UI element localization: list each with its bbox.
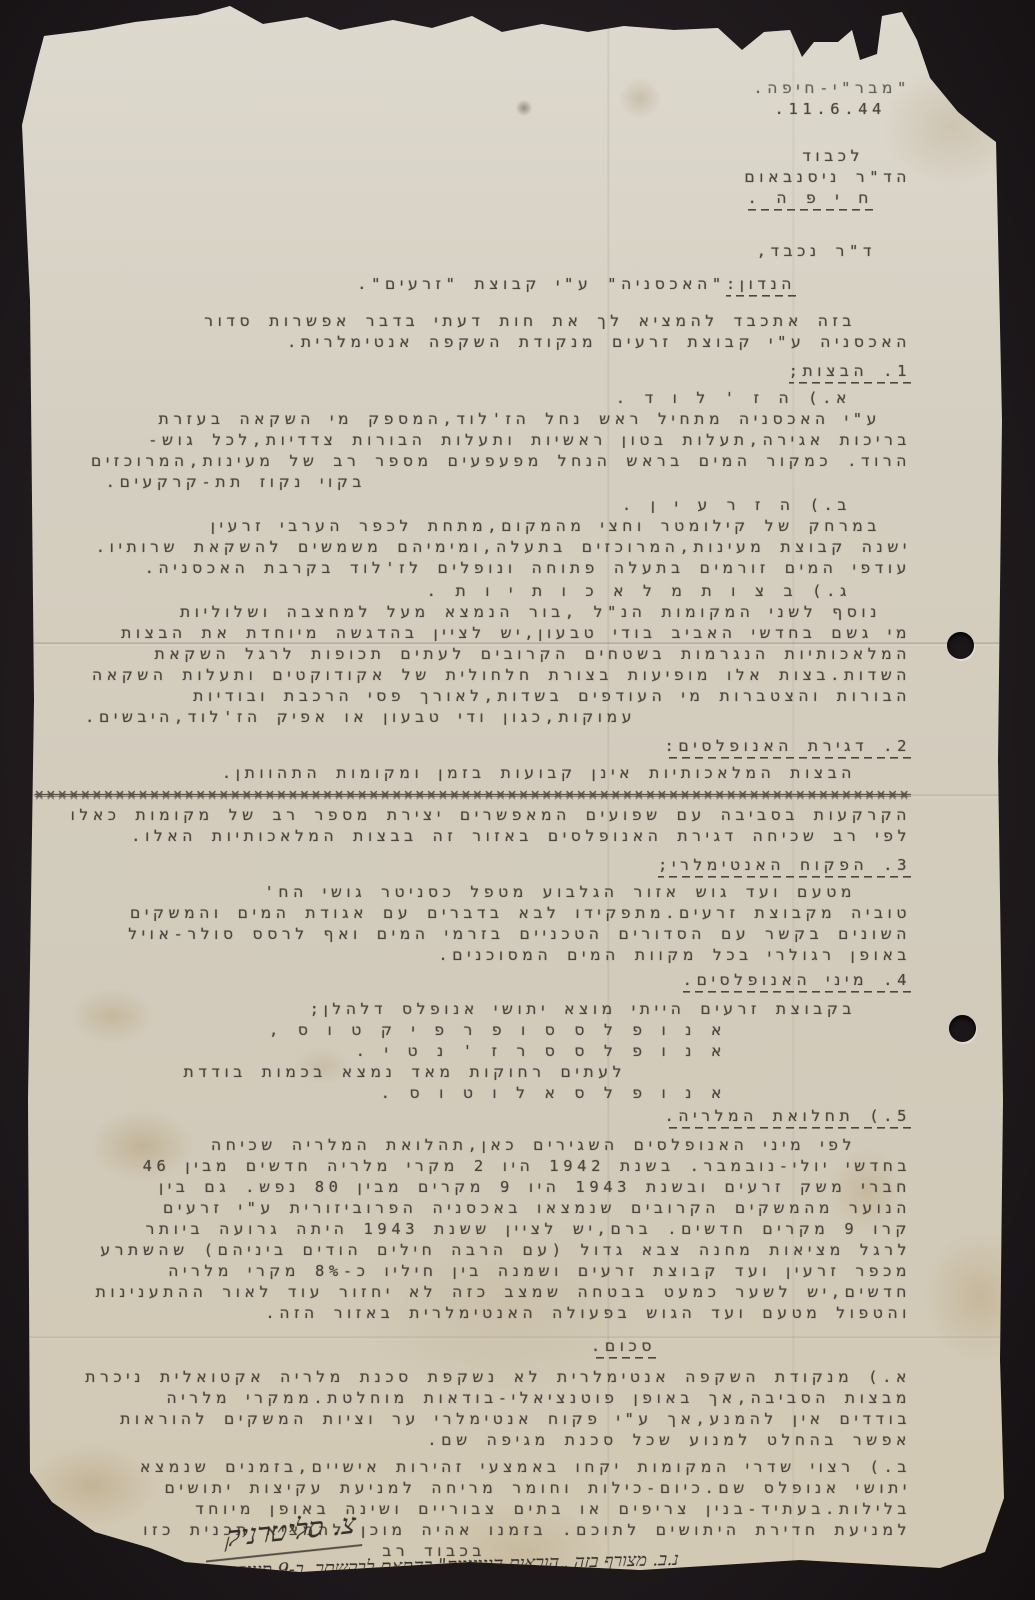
typed-line: ב.) ה ז ר ע י ן . [44, 495, 911, 516]
line-text: בריכות אגירה,תעלות בטון ראשיות ותעלות הב… [148, 430, 911, 451]
recipient-honorific: לכבוד [44, 146, 911, 167]
typed-line: בלילות.בעתיד-בנין צריפים או בתים צבוריים… [44, 1499, 911, 1520]
typed-line: השדות.בצות אלו מופיעות בצורת חלחולית של … [44, 665, 911, 686]
typed-line: א נ ו פ ל ס ס ו פ ר פ י ק ט ו ס , [44, 1020, 911, 1041]
recipient-city: ח י פ ה . [44, 188, 911, 211]
line-text: במרחק של קילומטר וחצי מהמקום,מתחת לכפר ה… [211, 516, 881, 537]
typed-line: הבצות המלאכותיות אינן קבועות בזמן ומקומו… [44, 763, 911, 784]
typed-line: מכפר זרעין ועד קבוצת זרעים ושמנה בין חיל… [44, 1261, 911, 1282]
typed-line: הקרקעות בסביבה עם שפועים המאפשרים יצירת … [44, 805, 911, 826]
typed-line: מבצות הסביבה,אך באופן פוטנציאלי-בודאות מ… [44, 1388, 911, 1409]
line-text: לעתים רחוקות מאד נמצא בכמות בודדת [184, 1062, 626, 1083]
line-text: הבצות המלאכותיות אינן קבועות בזמן ומקומו… [222, 763, 856, 784]
line-text: א נ ו פ ל ס ס ו פ ר פ י ק ט ו ס , [269, 1020, 726, 1041]
line-text: אפשר בהחלט למנוע שכל סכנת מגיפה שם. [427, 1430, 911, 1451]
line-text: חדשים,יש לשער כמעט בבטחה שמצב כזה לא יחז… [96, 1282, 911, 1303]
typed-line: קרו 9 מקרים חדשים. ברם,יש לציין ששנת 194… [44, 1219, 911, 1240]
salutation: ד"ר נכבד, [44, 241, 911, 262]
typed-line: טוביה מקבוצת זרעים.מתפקידו לבא בדברים עם… [44, 903, 911, 924]
line-text: לפי רב שכיחה דגירת האנופלסים באזור זה בב… [131, 826, 911, 847]
typed-line: א.) מנקודת השקפה אנטימלרית לא נשקפת סכנת… [44, 1367, 911, 1388]
typed-line: בודדים אין להמנע,אך ע"י פקוח אנטימלרי ער… [44, 1409, 911, 1430]
typed-line: והטפול מטעם ועד הגוש בפעולה האנטימלרית ב… [44, 1303, 911, 1324]
typed-line: נוסף לשני המקומות הנ"ל ,בור הנמצא מעל למ… [44, 602, 911, 623]
section-heading-text: סכום. [591, 1336, 656, 1359]
typed-line: עמוקות,כגון ודי טבעון או אפיק הז'לוד,היב… [44, 707, 911, 728]
line-text: לפי מיני האנופלסים השגירים כאן,תהלואת המ… [211, 1135, 856, 1156]
typed-line: בקבוצת זרעים הייתי מוצא יתושי אנופלס דלה… [44, 999, 911, 1020]
letter-paper: "מבר"י-חיפה. 11.6.44. לכבוד הד"ר ניסנבאו… [22, 6, 1015, 1592]
letterhead-date: 11.6.44. [44, 99, 911, 120]
struck-out-line: ××××××××××××××××××××××××××××××××××××××××… [44, 784, 911, 805]
line-text: הקרקעות בסביבה עם שפועים המאפשרים יצירת … [71, 805, 911, 826]
recipient-city-text: ח י פ ה . [748, 188, 873, 211]
line-text: עמוקות,כגון ודי טבעון או אפיק הז'לוד,היב… [85, 707, 636, 728]
section-heading: 4. מיני האנופלסים. [44, 970, 911, 993]
recipient-name: הד"ר ניסנבאום [44, 167, 911, 188]
typed-letter-content: "מבר"י-חיפה. 11.6.44. לכבוד הד"ר ניסנבאו… [22, 6, 1015, 1592]
line-text: ג.) ב צ ו ת מ ל א כ ו ת י ו ת . [427, 581, 851, 602]
typed-line: בריכות אגירה,תעלות בטון ראשיות ותעלות הב… [44, 430, 911, 451]
typed-line: א נ ו פ ל ס ס ר ז ' נ ט י . [44, 1041, 911, 1062]
torn-paper-flap [964, 50, 1016, 130]
typed-line: לפי מיני האנופלסים השגירים כאן,תהלואת המ… [44, 1135, 911, 1156]
line-text: האכסניה ע"י קבוצת זרעים מנקודת השקפה אנט… [287, 332, 911, 353]
line-text: הרוד. כמקור המים בראש הנחל מפעפעים מספר … [91, 451, 911, 472]
line-text: מטעם ועד גוש אזור הגלבוע מטפל כסניטר גוש… [264, 882, 856, 903]
section-heading: 5.) תחלואת המלריה. [44, 1106, 911, 1129]
line-text: המלאכותיות הנגרמות בשטחים הקרובים לעתים … [155, 644, 911, 665]
section-heading: סכום. [44, 1336, 911, 1359]
punch-hole-top [947, 632, 974, 659]
line-text: ישנה קבוצת מעינות,המרוכזים בתעלה,ומימיהם… [96, 537, 911, 558]
typed-line: בקוי נקוז תת-קרקעים. [44, 472, 911, 493]
line-text: קרו 9 מקרים חדשים. ברם,יש לציין ששנת 194… [146, 1219, 911, 1240]
subject-label: הנדון: [726, 274, 796, 297]
line-text: ע"י האכסניה מתחיל ראש נחל הז'לוד,המספק מ… [159, 409, 881, 430]
line-text: עודפי המים זורמים בתעלה פתוחה ונופלים לז… [145, 558, 911, 579]
typed-line: א נ ו פ ל ס א ל ו ט ו ס . [44, 1083, 911, 1104]
subject-text: "האכסניה" ע"י קבוצת "זרעים". [357, 274, 726, 295]
section-heading-text: 5.) תחלואת המלריה. [665, 1106, 912, 1129]
line-text: בקבוצת זרעים הייתי מוצא יתושי אנופלס דלה… [310, 999, 856, 1020]
subject-line: הנדון: "האכסניה" ע"י קבוצת "זרעים". [44, 274, 911, 297]
typed-line: הנוער מהמשקים הקרובים שנמצאו באכסניה הפר… [44, 1198, 911, 1219]
line-text: נוסף לשני המקומות הנ"ל ,בור הנמצא מעל למ… [180, 602, 881, 623]
line-text: השדות.בצות אלו מופיעות בצורת חלחולית של … [92, 665, 911, 686]
typed-line: מטעם ועד גוש אזור הגלבוע מטפל כסניטר גוש… [44, 882, 911, 903]
typed-line: במרחק של קילומטר וחצי מהמקום,מתחת לכפר ה… [44, 516, 911, 537]
typed-line: ב.) רצוי שדרי המקומות יקחו באמצעי זהירות… [44, 1457, 911, 1478]
line-text: בחדשי יולי-נובמבר. בשנת 1942 היו 2 מקרי … [143, 1156, 911, 1177]
typed-line: ישנה קבוצת מעינות,המרוכזים בתעלה,ומימיהם… [44, 537, 911, 558]
line-text: ××××××××××××××××××××××××××××××××××××××××… [35, 784, 911, 805]
section-heading: 3. הפקוח האנטימלרי; [44, 855, 911, 878]
line-text: הנוער מהמשקים הקרובים שנמצאו באכסניה הפר… [163, 1198, 911, 1219]
line-text: א.) מנקודת השקפה אנטימלרית לא נשקפת סכנת… [85, 1367, 911, 1388]
section-heading-text: 2. דגירת האנופלסים: [664, 736, 911, 759]
line-text: טוביה מקבוצת זרעים.מתפקידו לבא בדברים עם… [130, 903, 911, 924]
typed-line: לפי רב שכיחה דגירת האנופלסים באזור זה בב… [44, 826, 911, 847]
typed-line: הבורות והצטברות מי העודפים בשדות,לאורך פ… [44, 686, 911, 707]
section-heading-text: 4. מיני האנופלסים. [683, 970, 911, 993]
typed-line: אפשר בהחלט למנוע שכל סכנת מגיפה שם. [44, 1430, 911, 1451]
line-text: א נ ו פ ל ס ס ר ז ' נ ט י . [356, 1041, 726, 1062]
line-text: חברי משק זרעים ובשנת 1943 היו 9 מקרים מב… [159, 1177, 911, 1198]
typed-line: יתושי אנופלס שם.כיום-כילות וחומר מריחה ל… [44, 1478, 911, 1499]
typed-line: חברי משק זרעים ובשנת 1943 היו 9 מקרים מב… [44, 1177, 911, 1198]
typed-line: מי גשם בחדשי האביב בודי טבעון,יש לציין ב… [44, 623, 911, 644]
recipient-honorific-text: לכבוד [802, 146, 864, 167]
typed-line: האכסניה ע"י קבוצת זרעים מנקודת השקפה אנט… [44, 332, 911, 353]
line-text: מבצות הסביבה,אך באופן פוטנציאלי-בודאות מ… [166, 1388, 911, 1409]
document-body: בזה אתכבד להמציא לך את חות דעתי בדבר אפש… [44, 311, 911, 1562]
line-text: ב.) רצוי שדרי המקומות יקחו באמצעי זהירות… [140, 1457, 911, 1478]
line-text: והטפול מטעם ועד הגוש בפעולה האנטימלרית ב… [265, 1303, 911, 1324]
line-text: א.) ה ז ' ל ו ד . [616, 388, 851, 409]
section-heading: 2. דגירת האנופלסים: [44, 736, 911, 759]
typed-line: א.) ה ז ' ל ו ד . [44, 388, 911, 409]
line-text: לרגל מציאות מחנה צבא גדול (עם הרבה חילים… [100, 1240, 911, 1261]
line-text: א נ ו פ ל ס א ל ו ט ו ס . [381, 1083, 726, 1104]
photo-background: "מבר"י-חיפה. 11.6.44. לכבוד הד"ר ניסנבאו… [0, 0, 1035, 1600]
typed-line: השונים בקשר עם הסדורים הטכניים בזרמי המי… [44, 924, 911, 945]
line-text: מכפר זרעין ועד קבוצת זרעים ושמנה בין חיל… [168, 1261, 911, 1282]
line-text: יתושי אנופלס שם.כיום-כילות וחומר מריחה ל… [165, 1478, 912, 1499]
typed-line: לרגל מציאות מחנה צבא גדול (עם הרבה חילים… [44, 1240, 911, 1261]
recipient-name-text: הד"ר ניסנבאום [744, 167, 911, 188]
line-text: בודדים אין להמנע,אך ע"י פקוח אנטימלרי ער… [120, 1409, 911, 1430]
line-text: השונים בקשר עם הסדורים הטכניים בזרמי המי… [128, 924, 911, 945]
typed-line: ע"י האכסניה מתחיל ראש נחל הז'לוד,המספק מ… [44, 409, 911, 430]
typed-line: עודפי המים זורמים בתעלה פתוחה ונופלים לז… [44, 558, 911, 579]
section-heading: 1. הבצות; [44, 361, 911, 384]
typed-line: הרוד. כמקור המים בראש הנחל מפעפעים מספר … [44, 451, 911, 472]
typed-line: חדשים,יש לשער כמעט בבטחה שמצב כזה לא יחז… [44, 1282, 911, 1303]
typed-line: ג.) ב צ ו ת מ ל א כ ו ת י ו ת . [44, 581, 911, 602]
section-heading-text: 3. הפקוח האנטימלרי; [658, 855, 911, 878]
line-text: בקוי נקוז תת-קרקעים. [106, 472, 366, 493]
typed-line: לעתים רחוקות מאד נמצא בכמות בודדת [44, 1062, 911, 1083]
letterhead-org-text: "מבר"י-חיפה. [753, 78, 911, 99]
typed-line: למניעת חדירת היתושים לתוכם. בזמנו אהיה מ… [44, 1520, 911, 1541]
typed-line: באופן רגולרי בכל מקוות המים המסוכנים. [44, 945, 911, 966]
letterhead-org: "מבר"י-חיפה. [44, 78, 911, 99]
salutation-text: ד"ר נכבד, [757, 241, 876, 262]
date-text: 11.6.44. [775, 99, 886, 120]
punch-hole-bottom [949, 1015, 976, 1042]
section-heading-text: 1. הבצות; [789, 361, 911, 384]
line-text: ב.) ה ז ר ע י ן . [622, 495, 851, 516]
line-text: באופן רגולרי בכל מקוות המים המסוכנים. [438, 945, 911, 966]
typed-line: בחדשי יולי-נובמבר. בשנת 1942 היו 2 מקרי … [44, 1156, 911, 1177]
typed-line: בזה אתכבד להמציא לך את חות דעתי בדבר אפש… [44, 311, 911, 332]
line-text: בזה אתכבד להמציא לך את חות דעתי בדבר אפש… [204, 311, 856, 332]
line-text: מי גשם בחדשי האביב בודי טבעון,יש לציין ב… [121, 623, 911, 644]
line-text: הבורות והצטברות מי העודפים בשדות,לאורך פ… [193, 686, 911, 707]
typed-line: המלאכותיות הנגרמות בשטחים הקרובים לעתים … [44, 644, 911, 665]
